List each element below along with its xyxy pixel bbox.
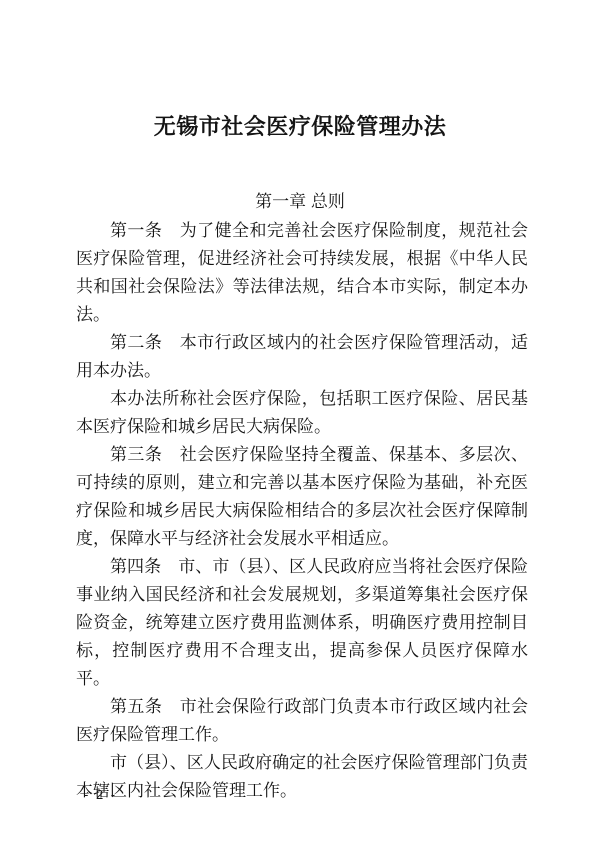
paragraph-article-4: 第四条 市、市（县）、区人民政府应当将社会医疗保险事业纳入国民经济和社会发展规划… [76,553,528,693]
document-page: 无锡市社会医疗保险管理办法 第一章 总则 第一条 为了健全和完善社会医疗保险制度… [0,0,600,849]
document-title: 无锡市社会医疗保险管理办法 [0,112,600,142]
paragraph-article-1: 第一条 为了健全和完善社会医疗保险制度，规范社会医疗保险管理，促进经济社会可持续… [76,217,528,329]
document-body: 第一条 为了健全和完善社会医疗保险制度，规范社会医疗保险管理，促进经济社会可持续… [76,217,528,805]
paragraph-article-3: 第三条 社会医疗保险坚持全覆盖、保基本、多层次、可持续的原则，建立和完善以基本医… [76,441,528,553]
paragraph-article-5-clause: 市（县）、区人民政府确定的社会医疗保险管理部门负责本辖区内社会保险管理工作。 [76,749,528,805]
page-number: - 2 - [84,787,117,802]
paragraph-article-5: 第五条 市社会保险行政部门负责本市行政区域内社会医疗保险管理工作。 [76,693,528,749]
paragraph-article-2: 第二条 本市行政区域内的社会医疗保险管理活动，适用本办法。 [76,329,528,385]
chapter-heading: 第一章 总则 [0,190,600,214]
paragraph-article-2-clause: 本办法所称社会医疗保险，包括职工医疗保险、居民基本医疗保险和城乡居民大病保险。 [76,385,528,441]
